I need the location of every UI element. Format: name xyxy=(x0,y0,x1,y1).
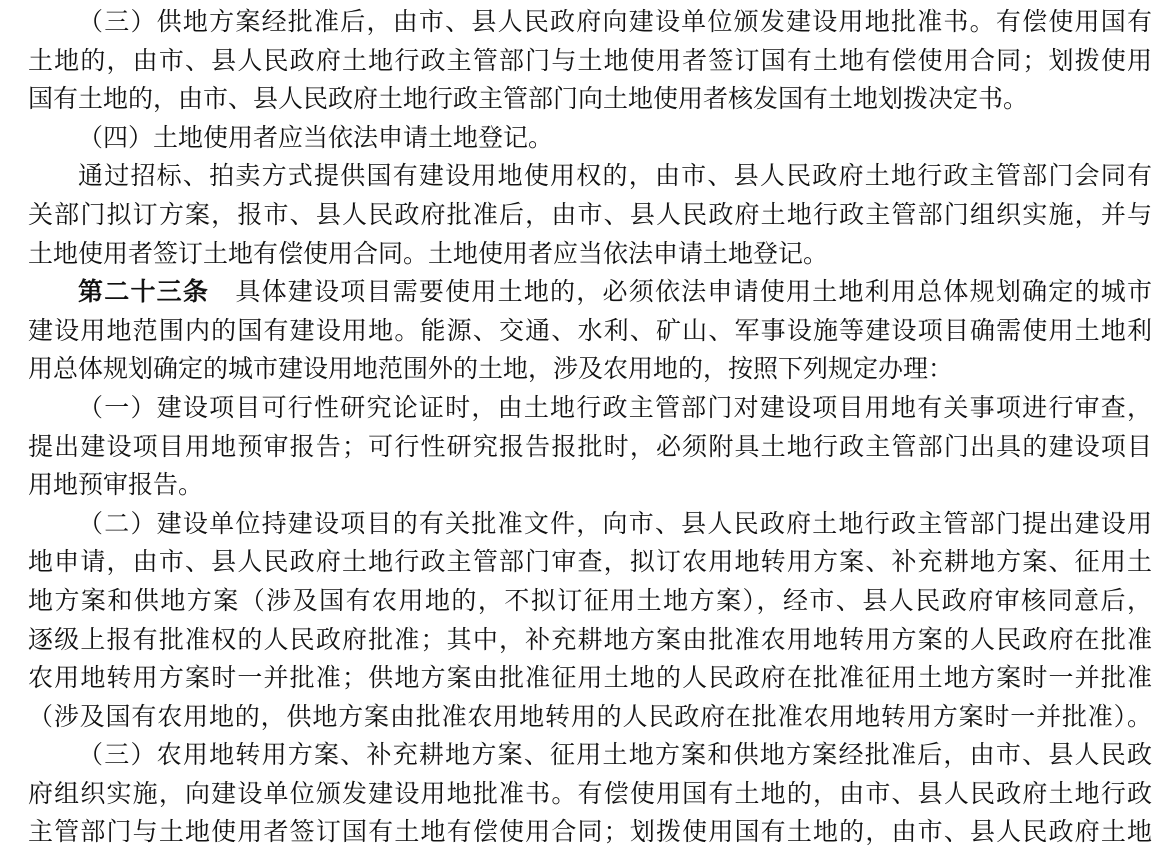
text-line: 农用地转用方案时一并批准；供地方案由批准征用土地的人民政府在批准征用土地方案时一… xyxy=(28,660,1152,699)
text-line: 通过招标、拍卖方式提供国有建设用地使用权的，由市、县人民政府土地行政主管部门会同… xyxy=(28,158,1152,197)
text-line: 建设用地范围内的国有建设用地。能源、交通、水利、矿山、军事设施等建设项目确需使用… xyxy=(28,313,1152,352)
text-line: 提出建设项目用地预审报告；可行性研究报告报批时，必须附具土地行政主管部门出具的建… xyxy=(28,429,1152,468)
text-line: 用地预审报告。 xyxy=(28,467,1152,506)
text-line: （一）建设项目可行性研究论证时，由土地行政主管部门对建设项目用地有关事项进行审查… xyxy=(28,390,1152,429)
text-line: 关部门拟订方案，报市、县人民政府批准后，由市、县人民政府土地行政主管部门组织实施… xyxy=(28,197,1152,236)
document-page: （三）供地方案经批准后，由市、县人民政府向建设单位颁发建设用地批准书。有偿使用国… xyxy=(0,0,1176,853)
text-line: 府组织实施，向建设单位颁发建设用地批准书。有偿使用国有土地的，由市、县人民政府土… xyxy=(28,776,1152,815)
text-line: 地申请，由市、县人民政府土地行政主管部门审查，拟订农用地转用方案、补充耕地方案、… xyxy=(28,544,1152,583)
text-line-article-start: 第二十三条 具体建设项目需要使用土地的，必须依法申请使用土地利用总体规划确定的城… xyxy=(28,274,1152,313)
text-line: （三）供地方案经批准后，由市、县人民政府向建设单位颁发建设用地批准书。有偿使用国… xyxy=(28,4,1152,43)
article-number: 第二十三条 xyxy=(78,279,209,306)
text-line: 用总体规划确定的城市建设用地范围外的土地，涉及农用地的，按照下列规定办理： xyxy=(28,351,1152,390)
text-line: （二）建设单位持建设项目的有关批准文件，向市、县人民政府土地行政主管部门提出建设… xyxy=(28,506,1152,545)
text-line: 国有土地的，由市、县人民政府土地行政主管部门向土地使用者核发国有土地划拨决定书。 xyxy=(28,81,1152,120)
text-line: （涉及国有农用地的，供地方案由批准农用地转用的人民政府在批准农用地转用方案时一并… xyxy=(28,699,1152,738)
text-line: 土地使用者签订土地有偿使用合同。土地使用者应当依法申请土地登记。 xyxy=(28,236,1152,275)
text-line: （三）农用地转用方案、补充耕地方案、征用土地方案和供地方案经批准后，由市、县人民… xyxy=(28,737,1152,776)
article-text: 具体建设项目需要使用土地的，必须依法申请使用土地利用总体规划确定的城市 xyxy=(209,279,1152,306)
text-line: 土地的，由市、县人民政府土地行政主管部门与土地使用者签订国有土地有偿使用合同；划… xyxy=(28,43,1152,82)
text-line: （四）土地使用者应当依法申请土地登记。 xyxy=(28,120,1152,159)
text-line: 逐级上报有批准权的人民政府批准；其中，补充耕地方案由批准农用地转用方案的人民政府… xyxy=(28,622,1152,661)
text-line: 地方案和供地方案（涉及国有农用地的，不拟订征用土地方案），经市、县人民政府审核同… xyxy=(28,583,1152,622)
text-line: 主管部门与土地使用者签订国有土地有偿使用合同；划拨使用国有土地的，由市、县人民政… xyxy=(28,814,1152,853)
